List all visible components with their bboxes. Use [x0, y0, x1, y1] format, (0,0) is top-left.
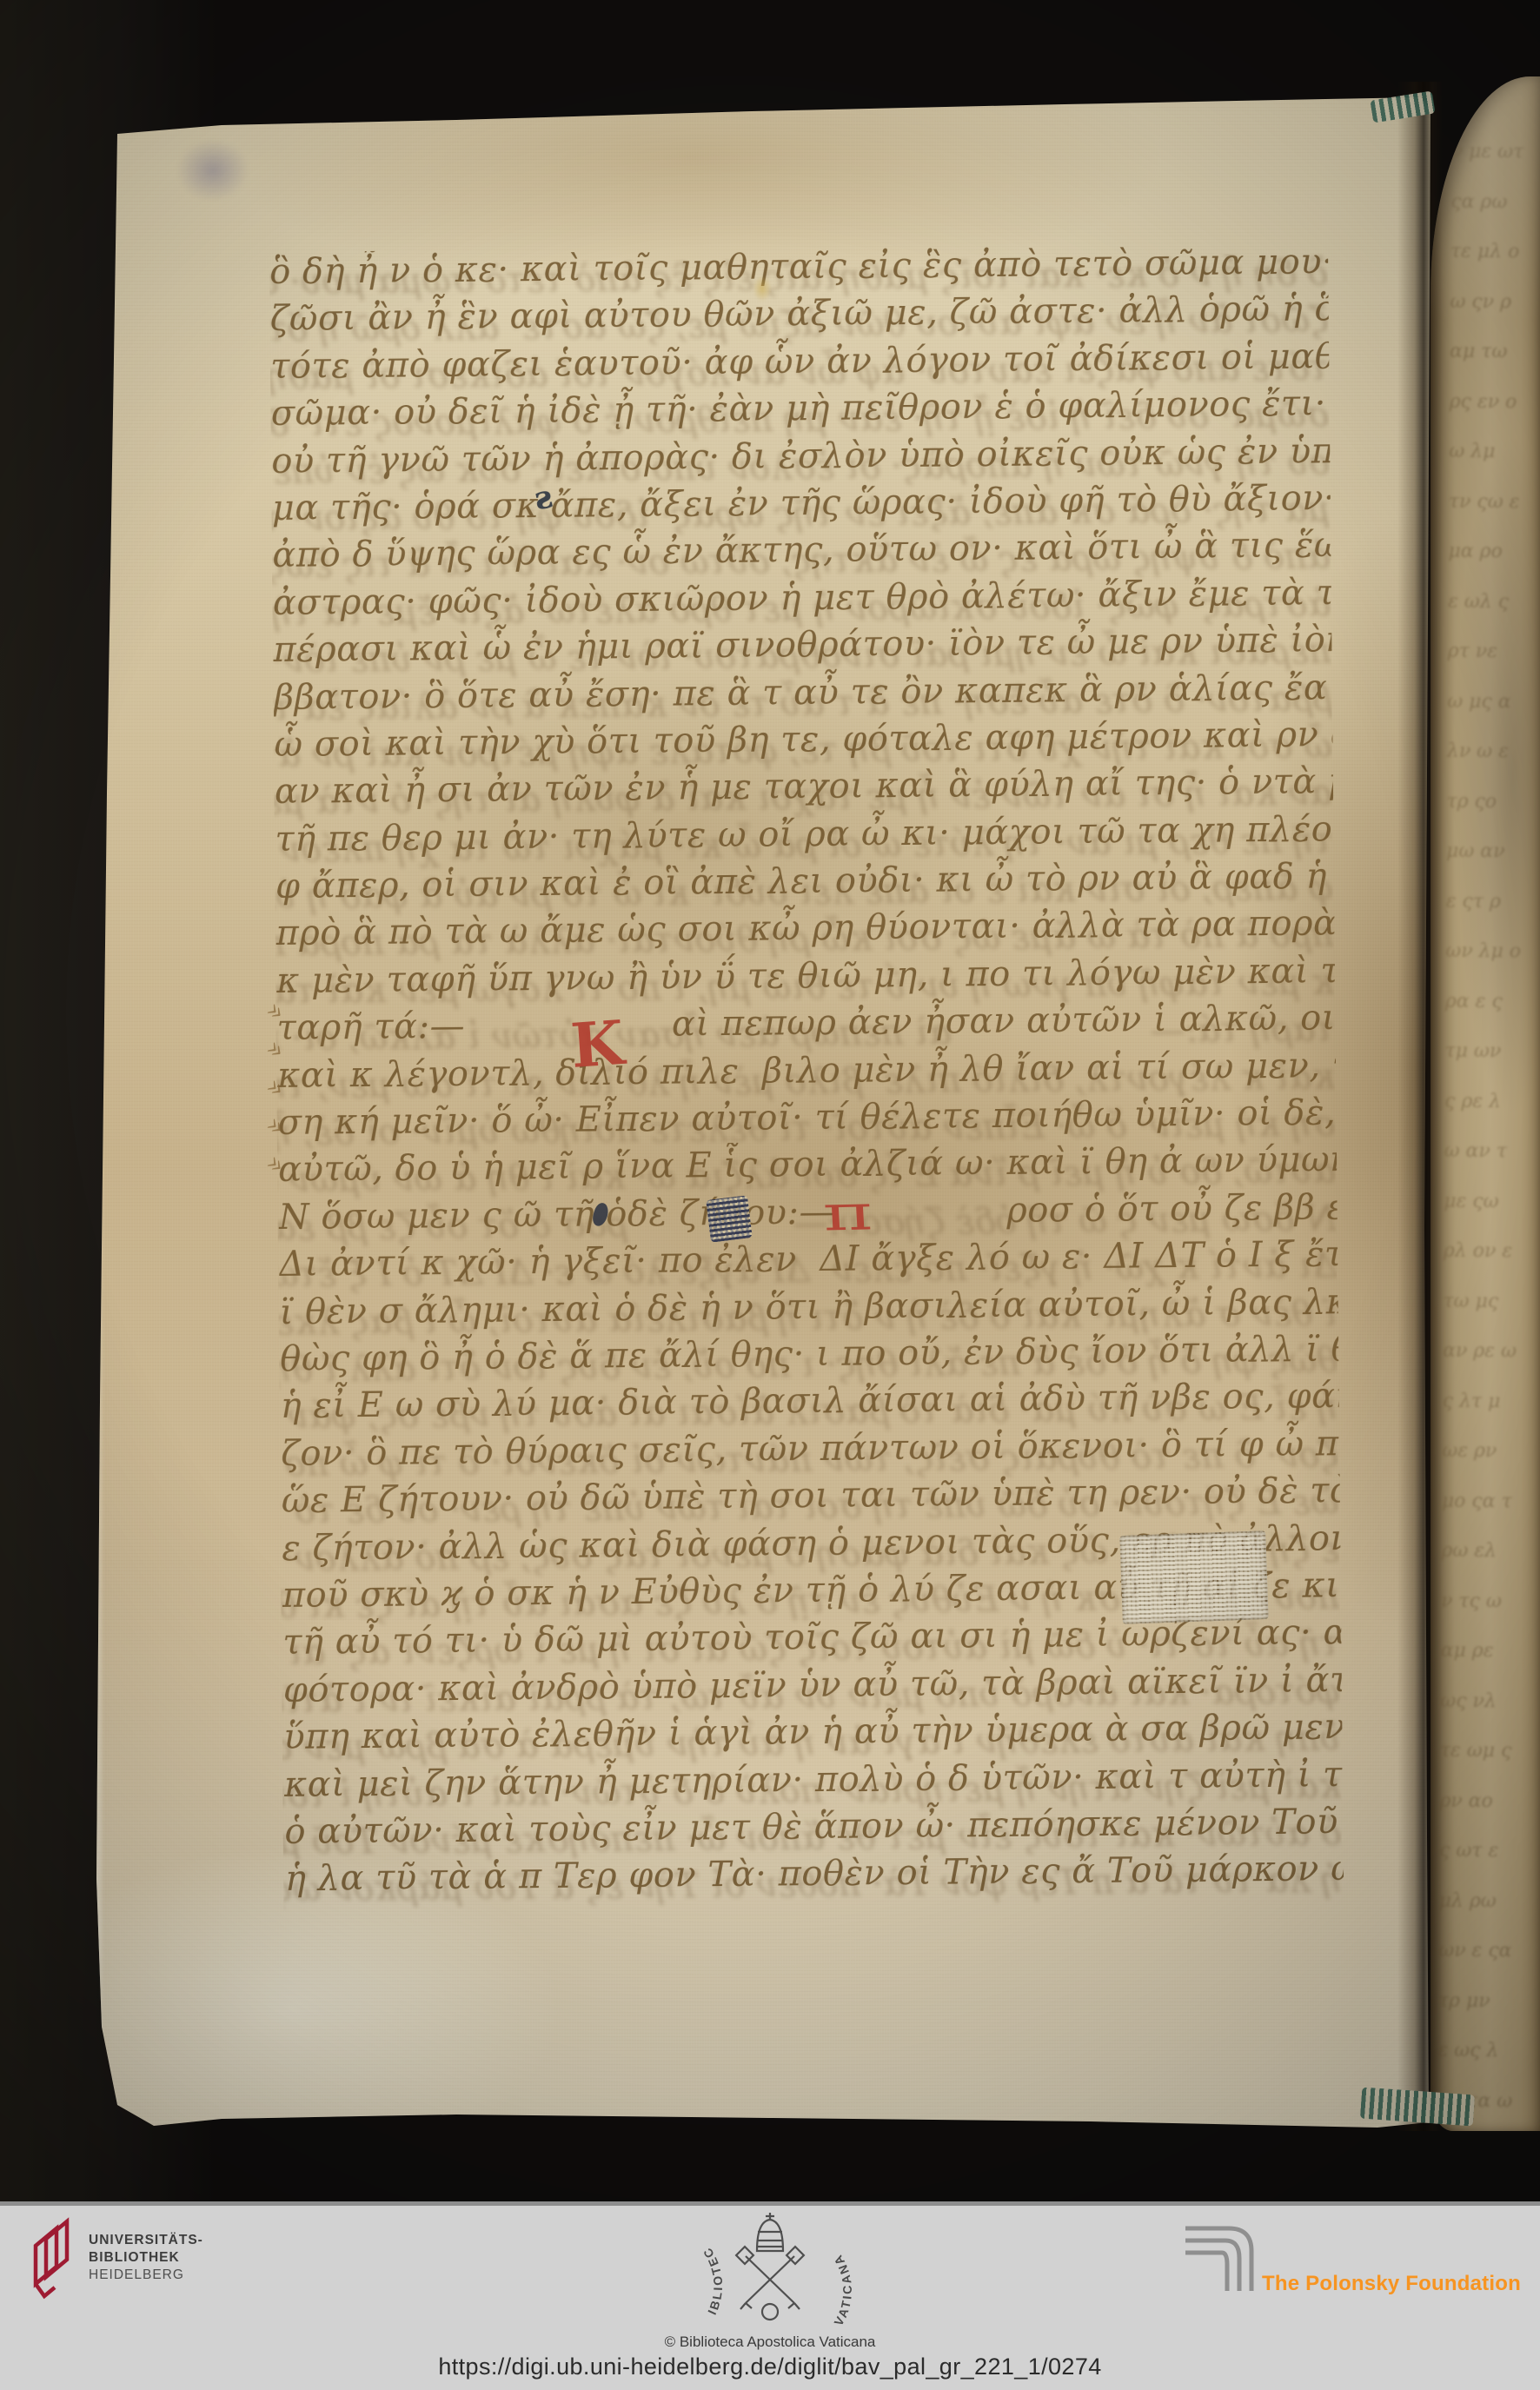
- seal-arc-left-text: BIBLIOTECA: [681, 2206, 725, 2317]
- repair-mesh-patch: [706, 1195, 753, 1242]
- svg-text:APOSTOLICA VATICANA: APOSTOLICA VATICANA: [746, 2251, 854, 2327]
- manuscript-scan-view: ν με ωτςα ρωτε μλ οω ςν ραμ τωρς εν οω λ…: [0, 0, 1540, 2390]
- adjacent-page-line: ς λτ μ: [1442, 1390, 1537, 1440]
- vatican-copyright: © Biblioteca Apostolica Vaticana: [0, 2334, 1540, 2351]
- adjacent-page-line: ως νλ: [1440, 1690, 1536, 1740]
- adjacent-page-line: με ςω: [1444, 1190, 1539, 1240]
- adjacent-page-line: ν τς ω: [1441, 1590, 1537, 1640]
- adjacent-page-line: ω λμ: [1449, 441, 1540, 491]
- adjacent-page-line: ρα ε ς: [1445, 990, 1540, 1040]
- ink-smudge: [176, 139, 249, 202]
- adjacent-page-line: τε μλ ο: [1450, 241, 1540, 291]
- adjacent-page-line: αν ρε ω: [1443, 1340, 1538, 1391]
- adjacent-page-line: αμ ρε: [1440, 1640, 1536, 1690]
- manuscript-line: ἡ λα τῦ τὰ ἁ π Τερ φον Τὰ· ποθὲν οἱ Τὴν …: [285, 1849, 1344, 1907]
- source-url: https://digi.ub.uni-heidelberg.de/diglit…: [0, 2353, 1540, 2380]
- adjacent-page-line: ω ςν ρ: [1450, 290, 1540, 341]
- polonsky-label: The Polonsky Foundation: [1262, 2272, 1521, 2296]
- adjacent-page-line: αμ τω: [1450, 341, 1540, 391]
- adjacent-page-line: ρλ ον ε: [1444, 1240, 1539, 1291]
- adjacent-page-line: ν με ωτ: [1450, 141, 1540, 191]
- adjacent-page-text: ν με ωτςα ρωτε μλ οω ςν ραμ τωρς εν οω λ…: [1430, 76, 1540, 2131]
- manuscript-text-block: ὃ δὴ ἦ ν ὁ κε· καὶ τοῖς μαθηταῖς εἰς ἓς …: [269, 242, 1344, 1955]
- adjacent-page-line: ε ως λ: [1437, 2040, 1533, 2090]
- manuscript-page: ὃ δὴ ἦ ν ὁ κε· καὶ τοῖς μαθηταῖς εἰς ἓς …: [91, 97, 1430, 2131]
- adjacent-page-line: λν ω ε: [1447, 740, 1540, 791]
- adjacent-page-line: τρ ςο: [1446, 790, 1540, 840]
- adjacent-page-line: ων λμ ο: [1445, 940, 1540, 991]
- adjacent-page-line: ω αν τ: [1444, 1140, 1539, 1191]
- svg-text:BIBLIOTECA: BIBLIOTECA: [681, 2206, 725, 2317]
- adjacent-page-line: ς ωτ ε: [1439, 1840, 1535, 1890]
- adjacent-page-edge: ν με ωτςα ρωτε μλ οω ςν ραμ τωρς εν οω λ…: [1430, 76, 1540, 2131]
- adjacent-page-line: ων ε ςα: [1438, 1940, 1534, 1990]
- adjacent-page-line: ρω ελ: [1441, 1540, 1537, 1590]
- adjacent-page-line: μο ςα τ: [1442, 1490, 1537, 1540]
- adjacent-page-line: τε ωμ ς: [1440, 1740, 1536, 1790]
- adjacent-page-line: ρν αο: [1439, 1789, 1535, 1840]
- seal-arc-bottom-text: APOSTOLICA VATICANA: [746, 2251, 854, 2327]
- adjacent-page-line: τρ μν: [1438, 1989, 1534, 2040]
- rubric-initial-kappa: Κ: [568, 1006, 626, 1082]
- adjacent-page-line: ωε ρν: [1442, 1440, 1537, 1490]
- seal-keys-tiara-icon: [736, 2213, 804, 2320]
- adjacent-page-line: ςα ρω: [1450, 190, 1540, 241]
- rubric-initial-pi: π: [821, 1185, 874, 1242]
- gauze-repair-patch: [1119, 1530, 1268, 1624]
- adjacent-page-line: ω μς α: [1447, 690, 1540, 740]
- vatican-seal: BIBLIOTECA APOSTOLICA VATICANA: [681, 2206, 859, 2327]
- adjacent-page-line: μα ρο: [1448, 541, 1540, 591]
- margin-quote-marks: »»»»»: [263, 1001, 298, 1192]
- polonsky-logo: [1184, 2223, 1260, 2293]
- footer-bar: UNIVERSITÄTS- BIBLIOTHEK HEIDELBERG BIBL…: [0, 2201, 1540, 2390]
- paper-stain: [753, 276, 771, 301]
- adjacent-page-line: ε ωλ ς: [1448, 590, 1540, 641]
- adjacent-page-line: μλ ρω: [1438, 1889, 1534, 1940]
- adjacent-page-line: τμ ων: [1444, 1040, 1540, 1091]
- adjacent-page-line: τω μς: [1443, 1290, 1538, 1340]
- adjacent-page-line: μω αν: [1446, 840, 1540, 891]
- adjacent-page-line: ς ρε λ: [1444, 1090, 1540, 1140]
- adjacent-page-line: ρς εν ο: [1449, 390, 1540, 441]
- adjacent-page-line: ρτ νε: [1447, 641, 1540, 691]
- adjacent-page-line: τν ςω ε: [1449, 490, 1540, 541]
- adjacent-page-line: ε ςτ ρ: [1445, 890, 1540, 940]
